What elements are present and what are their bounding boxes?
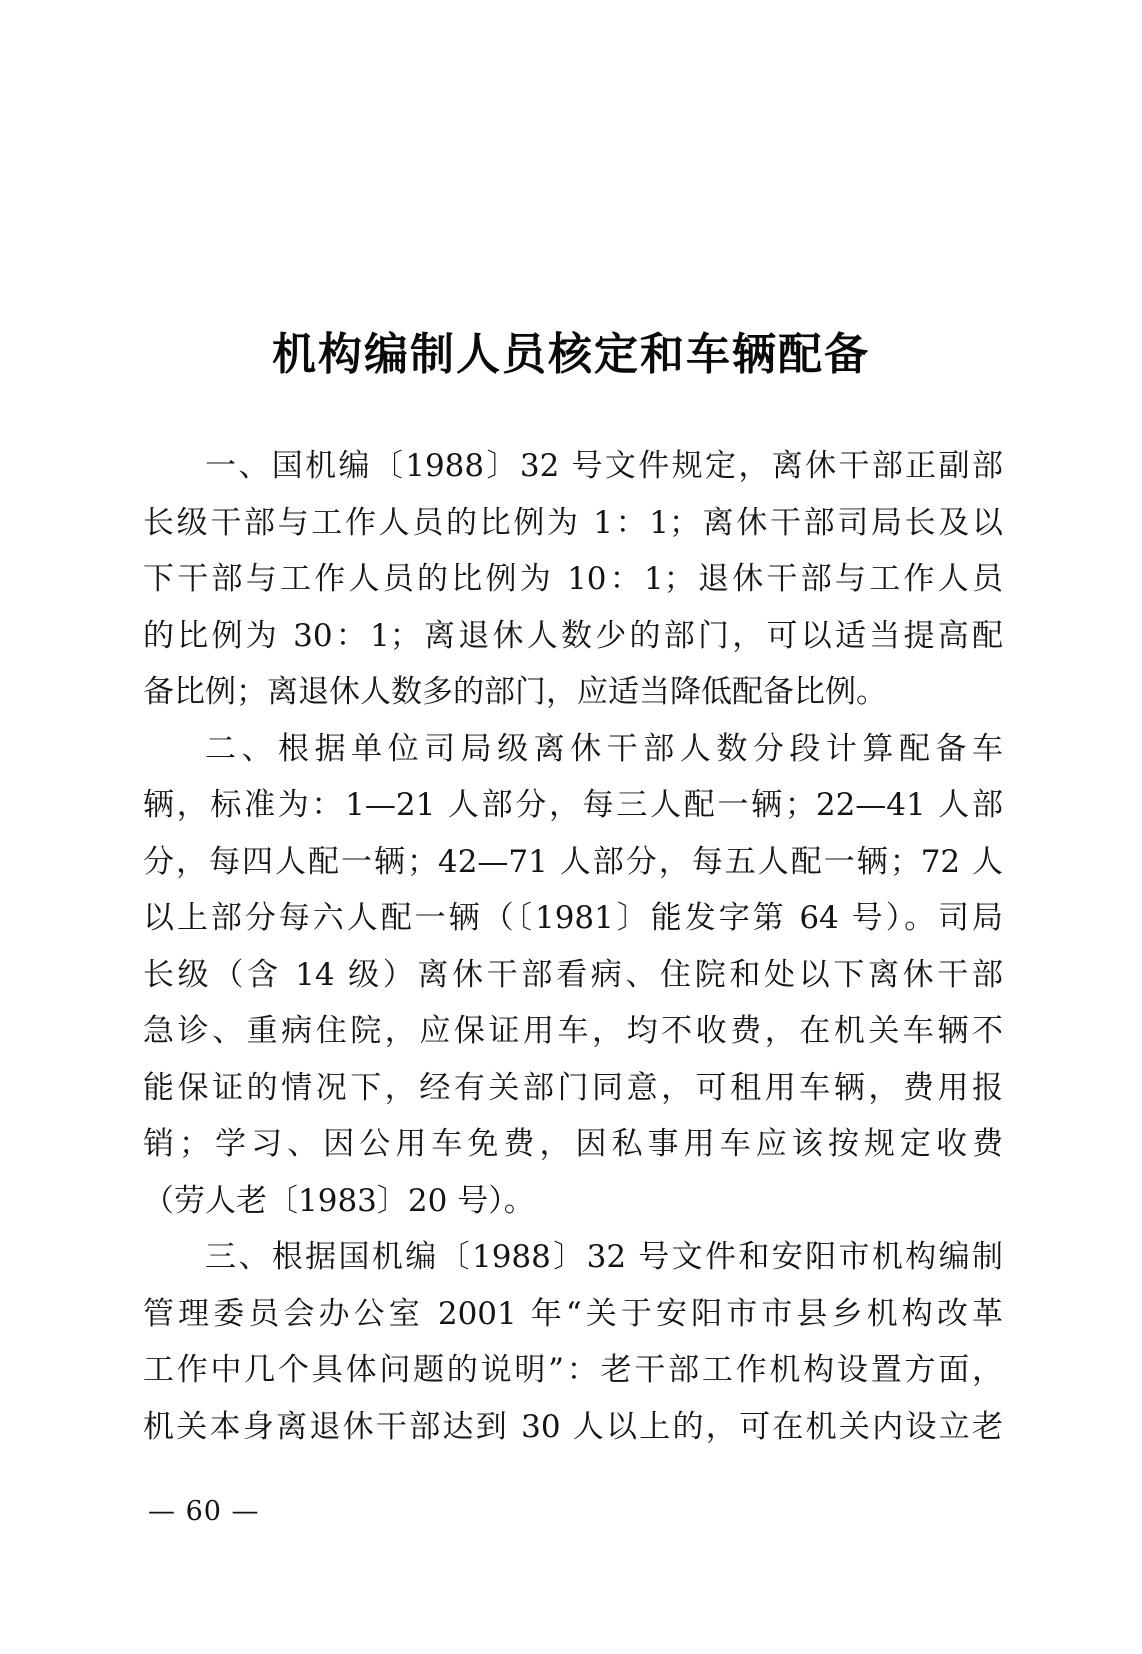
text-line: 的比例为 30：1；离退休人数少的部门，可以适当提高配	[143, 608, 1003, 665]
text-line: （劳人老〔1983〕20 号）。	[143, 1173, 1003, 1230]
text-line: 以上部分每六人配一辆（〔1981〕能发字第 64 号）。司局	[143, 890, 1003, 947]
paragraph-3: 三、根据国机编〔1988〕32 号文件和安阳市机构编制 管理委员会办公室 200…	[143, 1229, 1003, 1455]
text-line: 下干部与工作人员的比例为 10：1；退休干部与工作人员	[143, 551, 1003, 608]
text-line: 三、根据国机编〔1988〕32 号文件和安阳市机构编制	[143, 1229, 1003, 1286]
text-line: 长级（含 14 级）离休干部看病、住院和处以下离休干部	[143, 947, 1003, 1004]
page-title: 机构编制人员核定和车辆配备	[0, 325, 1142, 385]
paragraph-1: 一、国机编〔1988〕32 号文件规定，离休干部正副部 长级干部与工作人员的比例…	[143, 438, 1003, 721]
text-line: 长级干部与工作人员的比例为 1：1；离休干部司局长及以	[143, 495, 1003, 552]
text-line: 销；学习、因公用车免费，因私事用车应该按规定收费	[143, 1116, 1003, 1173]
text-line: 能保证的情况下，经有关部门同意，可租用车辆，费用报	[143, 1060, 1003, 1117]
page-number: — 60 —	[148, 1494, 260, 1530]
document-body: 一、国机编〔1988〕32 号文件规定，离休干部正副部 长级干部与工作人员的比例…	[143, 438, 1003, 1455]
text-line: 管理委员会办公室 2001 年“关于安阳市市县乡机构改革	[143, 1286, 1003, 1343]
text-line: 工作中几个具体问题的说明”：老干部工作机构设置方面，	[143, 1342, 1003, 1399]
text-line: 急诊、重病住院，应保证用车，均不收费，在机关车辆不	[143, 1003, 1003, 1060]
text-line: 一、国机编〔1988〕32 号文件规定，离休干部正副部	[143, 438, 1003, 495]
text-line: 机关本身离退休干部达到 30 人以上的，可在机关内设立老	[143, 1399, 1003, 1456]
text-line: 二、根据单位司局级离休干部人数分段计算配备车	[143, 721, 1003, 778]
text-line: 辆，标准为：1—21 人部分，每三人配一辆；22—41 人部	[143, 777, 1003, 834]
text-line: 备比例；离退休人数多的部门，应适当降低配备比例。	[143, 664, 1003, 721]
paragraph-2: 二、根据单位司局级离休干部人数分段计算配备车 辆，标准为：1—21 人部分，每三…	[143, 721, 1003, 1230]
text-line: 分，每四人配一辆；42—71 人部分，每五人配一辆；72 人	[143, 834, 1003, 891]
